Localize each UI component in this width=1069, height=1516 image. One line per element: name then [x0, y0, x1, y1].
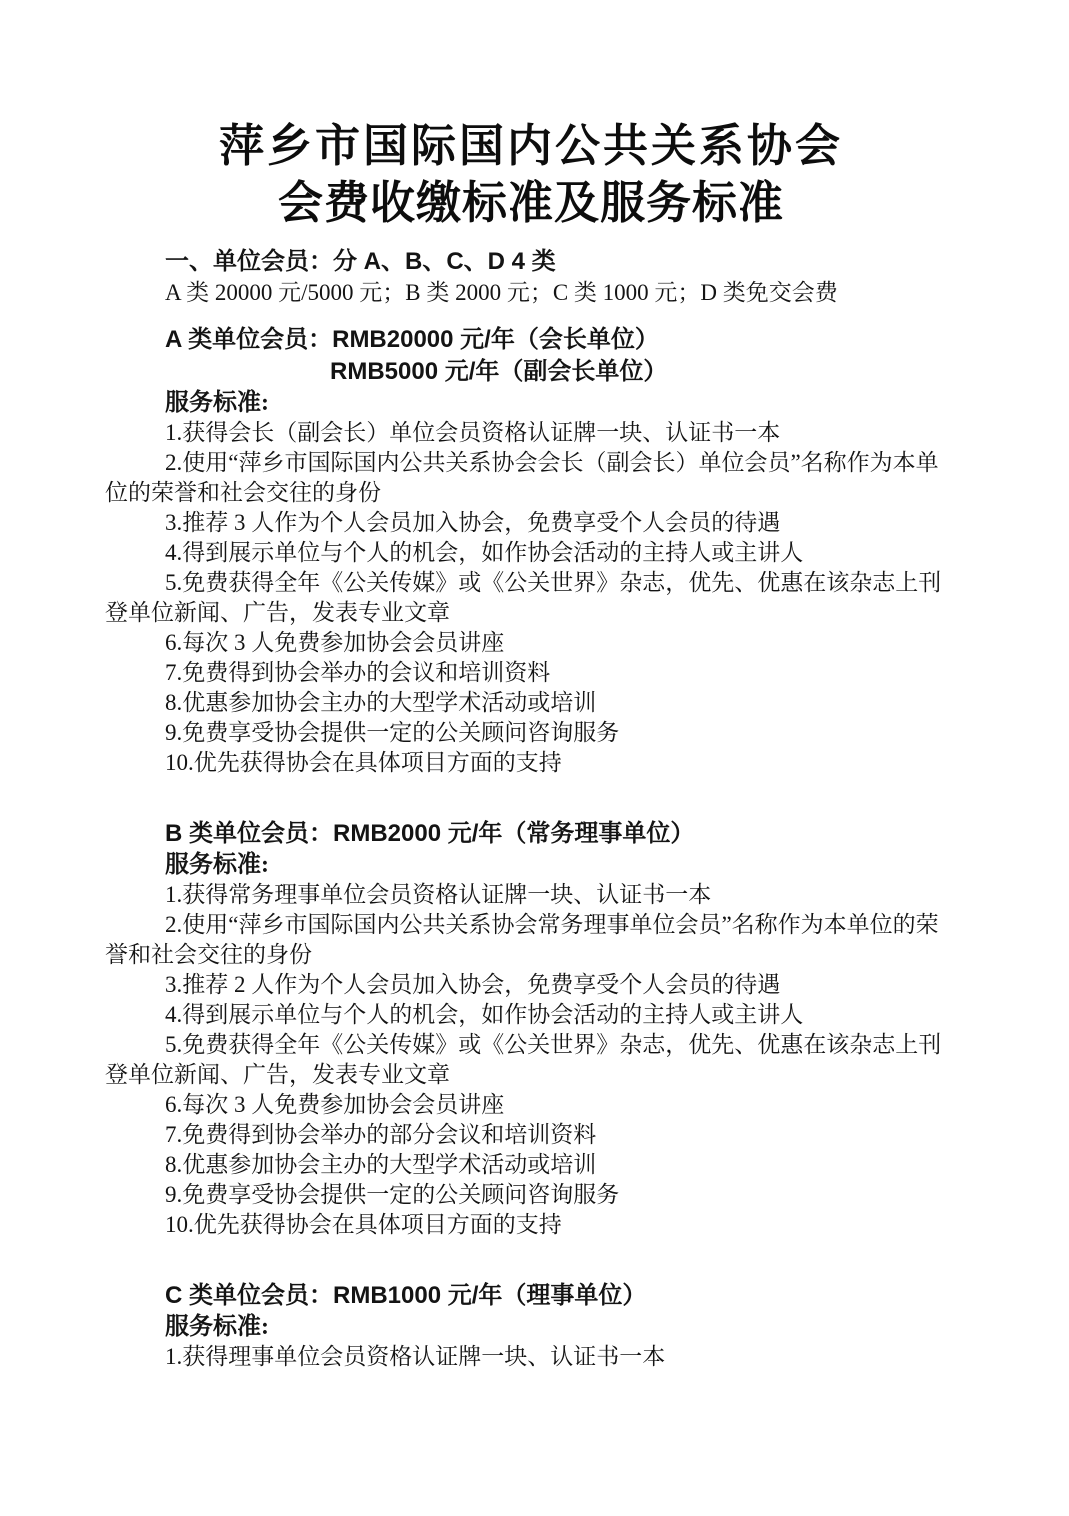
- service-item: 9.免费享受协会提供一定的公关顾问咨询服务: [105, 718, 957, 748]
- service-item: 5.免费获得全年《公关传媒》或《公关世界》杂志，优先、优惠在该杂志上刊登单位新闻…: [105, 568, 957, 628]
- class-a-heading-line2: RMB5000 元/年（副会长单位）: [105, 356, 957, 388]
- class-c-service-label: 服务标准:: [105, 1312, 957, 1342]
- service-item: 9.免费享受协会提供一定的公关顾问咨询服务: [105, 1180, 957, 1210]
- service-item: 6.每次 3 人免费参加协会会员讲座: [105, 628, 957, 658]
- service-item: 3.推荐 2 人作为个人会员加入协会，免费享受个人会员的待遇: [105, 970, 957, 1000]
- service-item: 1.获得会长（副会长）单位会员资格认证牌一块、认证书一本: [105, 418, 957, 448]
- title-line-1: 萍乡市国际国内公共关系协会: [105, 118, 957, 175]
- service-item: 8.优惠参加协会主办的大型学术活动或培训: [105, 1150, 957, 1180]
- service-item: 1.获得理事单位会员资格认证牌一块、认证书一本: [105, 1342, 957, 1372]
- class-a-service-items: 1.获得会长（副会长）单位会员资格认证牌一块、认证书一本2.使用“萍乡市国际国内…: [105, 418, 957, 778]
- class-c-service-items: 1.获得理事单位会员资格认证牌一块、认证书一本: [105, 1342, 957, 1372]
- service-item: 3.推荐 3 人作为个人会员加入协会，免费享受个人会员的待遇: [105, 508, 957, 538]
- member-category-heading: 一、单位会员：分 A、B、C、D 4 类: [105, 246, 957, 278]
- service-item: 8.优惠参加协会主办的大型学术活动或培训: [105, 688, 957, 718]
- section-class-a: A 类单位会员：RMB20000 元/年（会长单位） RMB5000 元/年（副…: [105, 324, 957, 778]
- title-line-2: 会费收缴标准及服务标准: [105, 175, 957, 232]
- service-item: 2.使用“萍乡市国际国内公共关系协会常务理事单位会员”名称作为本单位的荣誉和社会…: [105, 910, 957, 970]
- service-item: 4.得到展示单位与个人的机会，如作协会活动的主持人或主讲人: [105, 1000, 957, 1030]
- service-item: 1.获得常务理事单位会员资格认证牌一块、认证书一本: [105, 880, 957, 910]
- section-class-b: B 类单位会员：RMB2000 元/年（常务理事单位） 服务标准: 1.获得常务…: [105, 818, 957, 1240]
- fee-summary: A 类 20000 元/5000 元；B 类 2000 元；C 类 1000 元…: [105, 278, 957, 308]
- service-item: 10.优先获得协会在具体项目方面的支持: [105, 1210, 957, 1240]
- service-item: 7.免费得到协会举办的会议和培训资料: [105, 658, 957, 688]
- document-title: 萍乡市国际国内公共关系协会 会费收缴标准及服务标准: [105, 118, 957, 232]
- class-a-service-label: 服务标准:: [105, 388, 957, 418]
- service-item: 2.使用“萍乡市国际国内公共关系协会会长（副会长）单位会员”名称作为本单位的荣誉…: [105, 448, 957, 508]
- class-b-service-items: 1.获得常务理事单位会员资格认证牌一块、认证书一本2.使用“萍乡市国际国内公共关…: [105, 880, 957, 1240]
- service-item: 4.得到展示单位与个人的机会，如作协会活动的主持人或主讲人: [105, 538, 957, 568]
- document-content: 萍乡市国际国内公共关系协会 会费收缴标准及服务标准 一、单位会员：分 A、B、C…: [0, 0, 1069, 1372]
- class-b-service-label: 服务标准:: [105, 850, 957, 880]
- service-item: 5.免费获得全年《公关传媒》或《公关世界》杂志，优先、优惠在该杂志上刊登单位新闻…: [105, 1030, 957, 1090]
- service-item: 6.每次 3 人免费参加协会会员讲座: [105, 1090, 957, 1120]
- service-item: 7.免费得到协会举办的部分会议和培训资料: [105, 1120, 957, 1150]
- service-item: 10.优先获得协会在具体项目方面的支持: [105, 748, 957, 778]
- class-a-heading: A 类单位会员：RMB20000 元/年（会长单位）: [105, 324, 957, 356]
- class-c-heading: C 类单位会员：RMB1000 元/年（理事单位）: [105, 1280, 957, 1312]
- document-page: 萍乡市国际国内公共关系协会 会费收缴标准及服务标准 一、单位会员：分 A、B、C…: [0, 0, 1069, 1516]
- section-class-c: C 类单位会员：RMB1000 元/年（理事单位） 服务标准: 1.获得理事单位…: [105, 1280, 957, 1372]
- class-b-heading: B 类单位会员：RMB2000 元/年（常务理事单位）: [105, 818, 957, 850]
